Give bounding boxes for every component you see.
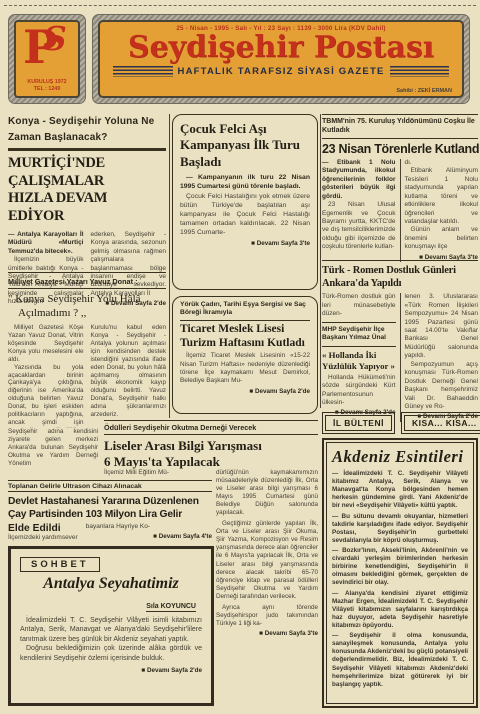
article-donat: Milliyet Gazetesi Yazarı Yavuz Donat : "… — [8, 277, 166, 443]
article-lead: — Etibank 1 Nolu Stadyumunda, ilkokul öğ… — [322, 159, 396, 201]
continued-marker: ■ Devamı Sayfa 3'te — [180, 240, 310, 247]
headline-line: Devlet Hastahanesi Yararına Düzenlenen — [8, 495, 212, 508]
logo-monogram-s: S — [43, 22, 67, 55]
article-lead: — Antalya Karayolları İl Müdürü «Murtiçi… — [8, 231, 84, 256]
article-akdeniz: Akdeniz Esintileri — İdealimizdeki T. C.… — [322, 438, 478, 708]
body-column: dı. Etibank Alüminyum Tesisleri 1 Nolu s… — [400, 159, 479, 262]
article-hospital: Toplanan Gelirle Ultrason Cihazı Alınaca… — [8, 480, 212, 542]
logo-tel: TEL : 1249 — [16, 86, 78, 94]
body-column: bayanlara Hayriye Ko- ■ Devamı Sayfa 4't… — [86, 523, 212, 540]
body-text: lenen 3. Uluslararası «Türk Romen İlişki… — [405, 293, 479, 361]
headline-line: Yüzlülük Yapıyor » — [322, 361, 396, 372]
sohbet-box: SOHBET Antalya Seyahatimiz Sıla KOYUNCU … — [8, 546, 214, 706]
article-headline: " Konya Seydişehir Yolu Hâlâ Açılmadımı … — [8, 292, 166, 321]
rule — [322, 346, 396, 347]
headline-line: Türk - Romen Dostluk Günleri — [322, 264, 478, 277]
article-kicker: Ödülleri Seydişehir Okutma Derneği Verec… — [104, 420, 318, 435]
article-headline: Çocuk Felci Aşı Kampanyası İlk Turu Başl… — [180, 121, 310, 170]
article-tbmm: TBMM'nin 75. Kuruluş Yıldönümünü Coşku İ… — [322, 114, 478, 262]
headline-line: 6 Mayıs'ta Yapılacak — [104, 454, 318, 470]
rule — [8, 148, 166, 151]
article-headline: « Hollanda İki Yüzlülük Yapıyor » — [322, 350, 396, 372]
sohbet-label: SOHBET — [20, 557, 100, 572]
kisa-kisa-box: KISA... KISA... — [404, 415, 480, 431]
article-kicker: MHP Seydişehir İlçe Başkanı Yılmaz Ünal — [322, 326, 396, 343]
headline-line: Elde Edildi — [8, 523, 78, 534]
headline-line: MURTİÇİ'NDE ÇALIŞMALAR — [8, 155, 166, 190]
top-rule — [4, 5, 476, 6]
masthead: 25 - Nisan - 1995 - Salı - Yıl : 23 Sayı… — [92, 14, 470, 104]
body-text: İlçemizdeki yardımsever — [8, 534, 78, 542]
article-quiz: Ödülleri Seydişehir Okutma Derneği Verec… — [104, 420, 318, 469]
body-text: Milliyet Gazetesi Köşe Yazarı Yavuz Dona… — [8, 324, 84, 364]
headline-line: HIZLA DEVAM EDİYOR — [8, 190, 166, 225]
body-column: Elde Edildi İlçemizdeki yardımsever — [8, 523, 78, 542]
article-headline: Liseler Arası Bilgi Yarışması 6 Mayıs'ta… — [104, 438, 318, 469]
article-kicker: Toplanan Gelirle Ultrason Cihazı Alınaca… — [8, 480, 212, 492]
masthead-title: Seydişehir Postası — [128, 32, 434, 64]
stripes-left — [113, 66, 173, 77]
article-headline: Türk - Romen Dostluk Günleri Ankara'da Y… — [322, 264, 478, 290]
article-headline: MURTİÇİ'NDE ÇALIŞMALAR HIZLA DEVAM EDİYO… — [8, 155, 166, 226]
headline-line: " Konya Seydişehir Yolu Hâlâ — [8, 292, 166, 306]
body-text: Günün anlam ve önemini belirten konuşmay… — [405, 226, 479, 251]
article-headline: Devlet Hastahanesi Yararına Düzenlenen Ç… — [8, 495, 212, 522]
body-column: Milliyet Gazetesi Köşe Yazarı Yavuz Dona… — [8, 324, 84, 444]
body-text: İlçemiz Milli Eğitim Mü- — [104, 469, 169, 476]
headline-line: Ankara'da Yapıldı — [322, 277, 478, 290]
headline-line: Çay Partisinden 103 Milyon Lira Gelir — [8, 508, 212, 521]
logo-meta: KURULUŞ 1972 TEL : 1249 — [16, 79, 78, 94]
sohbet-author: Sıla KOYUNCU — [146, 603, 196, 612]
body-text: dı. — [405, 159, 479, 167]
masthead-subtitle-row: HAFTALIK TARAFSIZ SİYASİ GAZETE — [113, 66, 449, 77]
article-kicker: TBMM'nin 75. Kuruluş Yıldönümünü Coşku İ… — [322, 114, 478, 139]
article-body: Elde Edildi İlçemizdeki yardımsever baya… — [8, 523, 212, 542]
body-text: dürlüğü'nün kaymakamımızın müsaadeleriyl… — [216, 469, 318, 517]
article-body: Türk-Romen dostluk gün leri münasebetiyl… — [322, 293, 478, 421]
body-text: Kurulu'nu kabul eden Konya - Seydişehir … — [91, 324, 167, 420]
feature-boxes: İL BÜLTENİ KISA... KISA... — [322, 412, 478, 434]
masthead-panel: 25 - Nisan - 1995 - Salı - Yıl : 23 Sayı… — [98, 20, 464, 98]
article-headline: 23 Nisan Törenlerle Kutlandı — [322, 142, 478, 156]
rule — [322, 322, 396, 323]
sohbet-paragraph: Doğrusu beklediğimizin çok üzerinde alâk… — [20, 644, 202, 663]
article-romen: Türk - Romen Dostluk Günleri Ankara'da Y… — [322, 260, 478, 422]
masthead-owner: Sahibi : ZEKİ ERMAN — [396, 88, 452, 94]
continued-marker: ■ Devamı Sayfa 3'te — [216, 630, 318, 638]
article-polio: Çocuk Felci Aşı Kampanyası İlk Turu Başl… — [172, 114, 318, 290]
column-paragraph: — Alanya'da kendisini ziyaret ettiğimiz … — [332, 590, 468, 631]
column-body: — İdealimizdeki T. C. Seydişehir Vilâyet… — [332, 470, 468, 689]
body-text: Sempozyumun açış konuşması Türk-Romen Do… — [405, 361, 479, 412]
column-paragraph: — Bozkır'lının, Akseki'linin, Akörenli'n… — [332, 547, 468, 588]
sohbet-title: Antalya Seyahatimiz — [20, 575, 202, 593]
body-text: Çocuk Felci Hastalığını yok etmek üzere … — [180, 193, 310, 237]
sohbet-paragraph: İdealimizdeki T. C. Seydişehir Vilâyeti … — [20, 616, 202, 644]
column-paragraph: — Bu sütunu devamlı okuyanlar, hizmetler… — [332, 513, 468, 545]
column-title: Akdeniz Esintileri — [332, 447, 468, 467]
quiz-body-column: dürlüğü'nün kaymakamımızın müsaadeleriyl… — [216, 469, 318, 709]
article-kicker: Konya - Seydişehir Yoluna Ne Zaman Başla… — [8, 114, 166, 145]
article-kicker: Milliyet Gazetesi Yazarı Yavuz Donat : — [8, 277, 166, 289]
body-text: İlçemiz Ticaret Meslek Lisesinin «15-22 … — [180, 352, 310, 385]
rule — [8, 272, 166, 273]
continued-marker: ■ Devamı Sayfa 2'de — [20, 667, 202, 674]
body-column: — Etibank 1 Nolu Stadyumunda, ilkokul öğ… — [322, 159, 400, 262]
logo-panel: P S KURULUŞ 1972 TEL : 1249 — [14, 20, 80, 98]
article-kicker: Yörük Çadırı, Tarihi Eşya Sergisi ve Saç… — [180, 301, 310, 321]
article-body: — Etibank 1 Nolu Stadyumunda, ilkokul öğ… — [322, 159, 478, 262]
body-text: Hollanda Hükümeti'nin sözde sürgündeki K… — [322, 374, 396, 408]
column-divider — [169, 114, 170, 418]
article-lead: — Kampanyanın ilk turu 22 Nisan 1995 Cum… — [180, 174, 310, 192]
article-headline: Ticaret Meslek Lisesi Turizm Haftasını K… — [180, 323, 310, 351]
body-text: Ayrıca aynı törende Seydişehirspor judo … — [216, 604, 318, 628]
newspaper-logo: P S KURULUŞ 1972 TEL : 1249 — [8, 14, 86, 104]
body-column: Türk-Romen dostluk gün leri münasebetiyl… — [322, 293, 400, 421]
continued-marker: ■ Devamı Sayfa 2'de — [180, 388, 310, 395]
column-divider — [320, 114, 321, 408]
il-bulteni-box: İL BÜLTENİ — [325, 415, 392, 431]
quiz-intro: İlçemiz Milli Eğitim Mü- — [104, 469, 210, 477]
masthead-subtitle: HAFTALIK TARAFSIZ SİYASİ GAZETE — [178, 66, 385, 77]
body-text: bayanlara Hayriye Ko- — [86, 523, 212, 531]
column-paragraph: — İdealimizdeki T. C. Seydişehir Vilâyet… — [332, 470, 468, 511]
headline-line: Açılmadımı ? ,, — [8, 306, 166, 320]
body-column: lenen 3. Uluslararası «Türk Romen İlişki… — [400, 293, 479, 421]
article-tourism: Yörük Çadırı, Tarihi Eşya Sergisi ve Saç… — [172, 296, 318, 414]
body-text: Türk-Romen dostluk gün leri münasebetiyl… — [322, 293, 396, 318]
body-text: Geçtiğimiz günlerde yapılan İlk, Orta ve… — [216, 520, 318, 600]
headline-line: Liseler Arası Bilgi Yarışması — [104, 438, 318, 454]
continued-marker: ■ Devamı Sayfa 4'te — [86, 533, 212, 540]
logo-founded: KURULUŞ 1972 — [16, 79, 78, 87]
headline-line: « Hollanda İki — [322, 350, 396, 361]
body-text: 23 Nisan Ulusal Egemenlik ve Çocuk Bayra… — [322, 201, 396, 252]
article-donat-tail: Seydişehir adına kendisini ziyarete gele… — [8, 428, 98, 476]
stripes-right — [390, 66, 450, 77]
newspaper-front-page: P S KURULUŞ 1972 TEL : 1249 25 - Nisan -… — [0, 0, 480, 714]
body-text: Etibank Alüminyum Tesisleri 1 Nolu stady… — [405, 167, 479, 226]
column-paragraph: — Seydişehir il olma konusunda, sanayile… — [332, 632, 468, 689]
